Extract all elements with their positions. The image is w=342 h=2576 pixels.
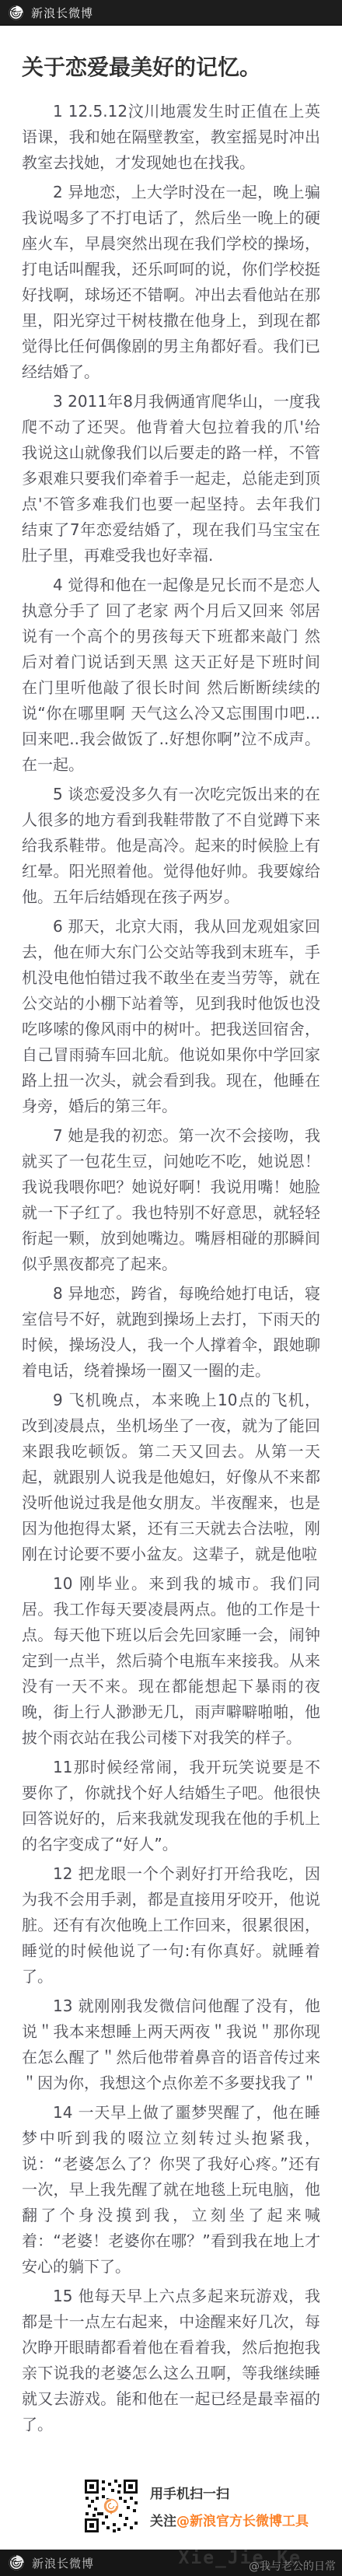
article-paragraph: 6 那天，北京大雨，我从回龙观姐家回去，他在师大东门公交站等我到末班车，手机没电… <box>22 914 320 1119</box>
page-title: 关于恋爱最美好的记忆。 <box>22 55 320 80</box>
scan-text: 用手机扫一扫 关注@新浪官方长微博工具 <box>150 2483 309 2529</box>
bottom-bar-brand: 新浪长微博 <box>32 2555 94 2571</box>
article-paragraph: 10 刚毕业。来到我的城市。我们同居。我工作每天要凌晨两点。他的工作是十点。每天… <box>22 1571 320 1751</box>
scan-follow-line: 关注@新浪官方长微博工具 <box>150 2510 309 2529</box>
article-paragraph: 12 把龙眼一个个剥好打开给我吃，因为我不会用手剥，都是直接用牙咬开，他说脏。还… <box>22 1861 320 1990</box>
top-bar-brand: 新浪长微博 <box>31 5 93 21</box>
article-paragraph: 3 2011年8月我俩通宵爬华山，一度我爬不动了还哭。他背着大包拉着我的爪'给我… <box>22 389 320 569</box>
article-paragraph: 1 12.5.12汶川地震发生时正值在上英语课，我和她在隔壁教室，教室摇晃时冲出… <box>22 99 320 176</box>
article-paragraph: 2 异地恋，上大学时没在一起，晚上骗我说喝多了不打电话了，然后坐一晚上的硬座火车… <box>22 180 320 385</box>
weibo-logo-icon <box>8 2554 25 2571</box>
weibo-logo-icon <box>8 5 24 21</box>
credit-handle: @我与老公的日常 <box>249 2558 336 2574</box>
scan-block: 用手机扫一扫 关注@新浪官方长微博工具 <box>83 2473 342 2539</box>
article-paragraph: 11那时候经常闹，我开玩笑说要是不要你了，你就找个好人结婚生子吧。他很快回答说好… <box>22 1755 320 1857</box>
article-paragraph: 14 一天早上做了噩梦哭醒了，他在睡梦中听到我的啜泣立刻转过头抱紧我，说：“老婆… <box>22 2100 320 2280</box>
scan-instruction: 用手机扫一扫 <box>150 2483 309 2502</box>
article-paragraph: 15 他每天早上六点多起来玩游戏，我都是十一点左右起来，中途醒来好几次，每次睁开… <box>22 2284 320 2438</box>
article-paragraph: 5 谈恋爱没多久有一次吃完饭出来的在人很多的地方看到我鞋带散了不自觉蹲下来给我系… <box>22 782 320 910</box>
article-paragraph: 8 异地恋，跨省，每晚给她打电话，寝室信号不好，就跑到操场上去打，下雨天的时候，… <box>22 1281 320 1384</box>
qr-code <box>83 2478 139 2534</box>
article-paragraph: 9 飞机晚点，本来晚上10点的飞机，改到凌晨点，坐机场坐了一夜，就为了能回来跟我… <box>22 1388 320 1567</box>
article-paragraph: 13 就刚刚我发微信问他醒了没有，他说＂我本来想睡上两天两夜＂我说＂那你现在怎么… <box>22 1993 320 2096</box>
top-bar: 新浪长微博 <box>0 0 342 26</box>
article-paragraph: 7 她是我的初恋。第一次不会接吻，我就买了一包花生豆，问她吃不吃，她说恩！我说我… <box>22 1123 320 1277</box>
article-paragraph: 4 觉得和他在一起像是兄长而不是恋人执意分手了 回了老家 两个月后又回来 邻居说… <box>22 572 320 778</box>
scan-follow-prefix: 关注 <box>150 2514 176 2529</box>
scan-follow-account[interactable]: @新浪官方长微博工具 <box>176 2514 309 2529</box>
article: 关于恋爱最美好的记忆。 1 12.5.12汶川地震发生时正值在上英语课，我和她在… <box>0 55 342 2438</box>
article-body: 1 12.5.12汶川地震发生时正值在上英语课，我和她在隔壁教室，教室摇晃时冲出… <box>22 99 320 2438</box>
bottom-bar: 新浪长微博 Xie_Jie_Ke @我与老公的日常 <box>0 2550 342 2576</box>
